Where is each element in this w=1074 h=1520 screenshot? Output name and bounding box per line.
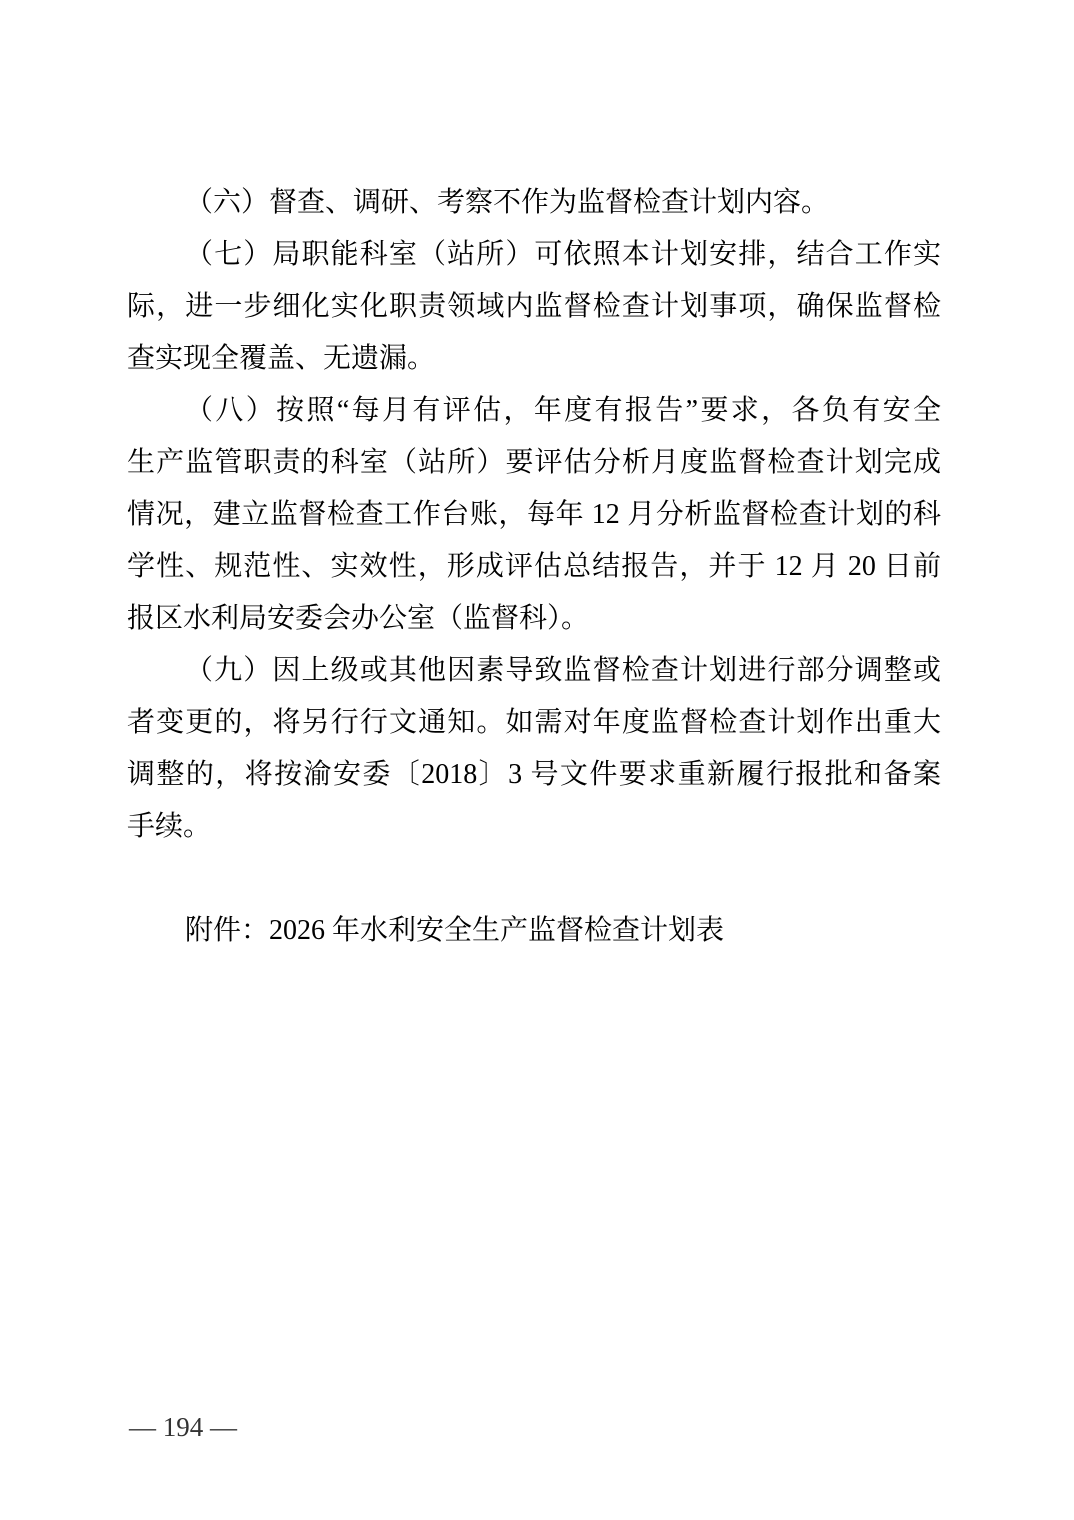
body-line: （八）按照“每月有评估，年度有报告”要求，各负有安全: [127, 385, 941, 437]
body-line: 查实现全覆盖、无遗漏。: [127, 333, 941, 385]
blank-line: [127, 853, 941, 905]
body-line: 报区水利局安委会办公室（监督科）。: [127, 593, 941, 645]
body-line: 学性、规范性、实效性，形成评估总结报告，并于 12 月 20 日前: [127, 541, 941, 593]
body-line: （九）因上级或其他因素导致监督检查计划进行部分调整或: [127, 645, 941, 697]
page-footer: — 194 —: [129, 1412, 237, 1442]
body-line: （七）局职能科室（站所）可依照本计划安排，结合工作实: [127, 229, 941, 281]
body-line: 调整的，将按渝安委〔2018〕3 号文件要求重新履行报批和备案: [127, 749, 941, 801]
body-line: 际，进一步细化实化职责领域内监督检查计划事项，确保监督检: [127, 281, 941, 333]
attachment-line: 附件：2026 年水利安全生产监督检查计划表: [127, 905, 941, 957]
body-line: （六）督查、调研、考察不作为监督检查计划内容。: [127, 177, 941, 229]
body-line: 生产监管职责的科室（站所）要评估分析月度监督检查计划完成: [127, 437, 941, 489]
document-page: （六）督查、调研、考察不作为监督检查计划内容。 （七）局职能科室（站所）可依照本…: [0, 0, 1074, 1520]
body-line: 情况，建立监督检查工作台账，每年 12 月分析监督检查计划的科: [127, 489, 941, 541]
body-line: 者变更的，将另行行文通知。如需对年度监督检查计划作出重大: [127, 697, 941, 749]
document-body: （六）督查、调研、考察不作为监督检查计划内容。 （七）局职能科室（站所）可依照本…: [127, 177, 941, 957]
body-line: 手续。: [127, 801, 941, 853]
page-number: — 194 —: [129, 1412, 237, 1442]
